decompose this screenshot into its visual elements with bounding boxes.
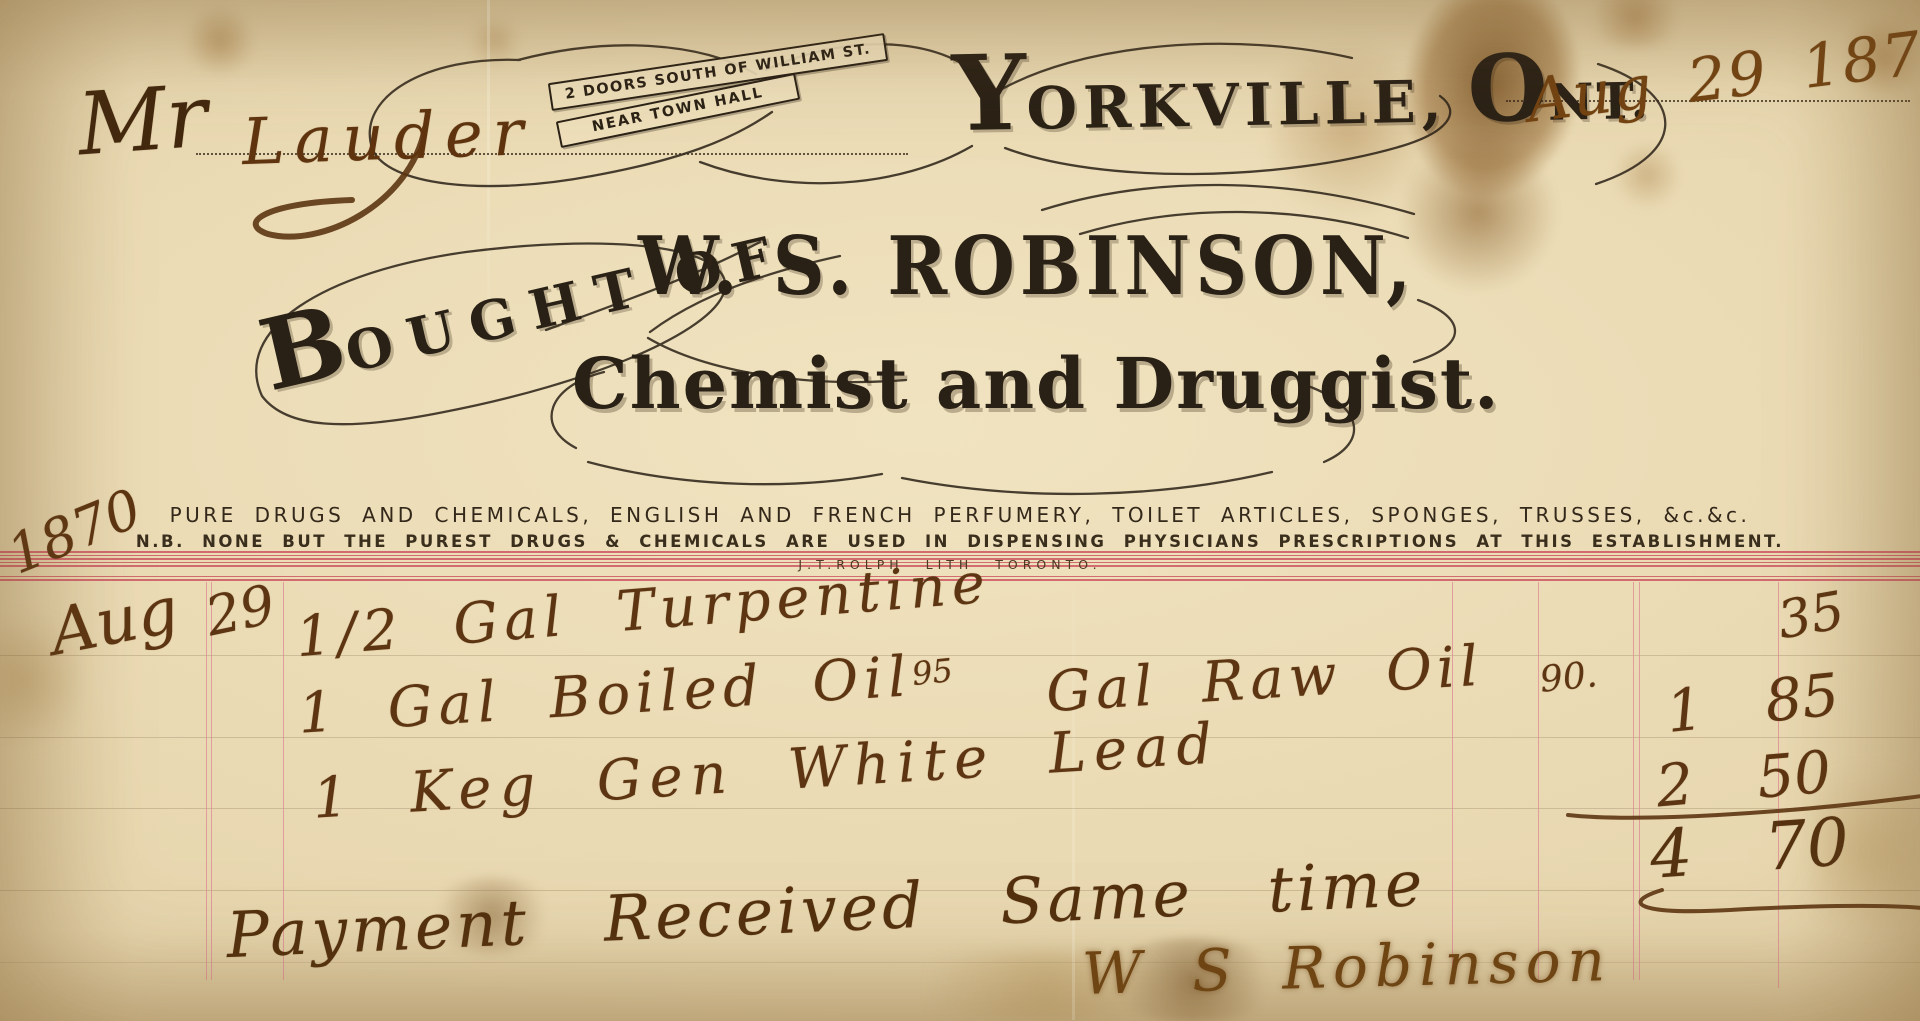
line-item-amount: 2 50 xyxy=(1654,742,1834,815)
proprietor-name: W. S. ROBINSON, xyxy=(638,218,1416,313)
ledger-rule-vertical xyxy=(1639,582,1640,980)
paper-stain xyxy=(1398,130,1558,295)
paper-stain xyxy=(465,18,525,64)
tagline: PURE DRUGS AND CHEMICALS, ENGLISH AND FR… xyxy=(90,503,1830,527)
paper-crease xyxy=(1072,560,1075,1020)
customer-salutation: Mr xyxy=(75,74,210,169)
entry-day: 29 xyxy=(201,577,279,644)
business-title: Chemist and Druggist. xyxy=(572,342,1501,425)
paper-ruling-line xyxy=(0,808,1920,809)
ledger-rule-vertical xyxy=(206,582,207,980)
line-item-unit-price: 90. xyxy=(1538,657,1599,699)
ledger-rule-vertical xyxy=(1538,582,1539,980)
city-name: ORKVILLE, xyxy=(1026,72,1448,137)
line-item-amount: 35 xyxy=(1774,585,1848,648)
receipt-document: 2 DOORS SOUTH OF WILLIAM ST. NEAR TOWN H… xyxy=(0,0,1920,1021)
bought-of-initial: B xyxy=(252,292,355,406)
line-item-description: Gal Raw Oil xyxy=(1045,639,1485,722)
customer-name: Lauder xyxy=(241,101,534,175)
paper-stain xyxy=(1612,140,1682,210)
entry-month: Aug xyxy=(45,578,183,665)
invoice-total: 4 70 xyxy=(1648,809,1851,889)
line-item-unit-price: 95 xyxy=(910,654,954,690)
line-item-description: 1 Gal Boiled Oil xyxy=(297,649,914,742)
signature: W S Robinson xyxy=(1081,931,1612,1003)
paper-ruling-line xyxy=(0,655,1920,656)
handwritten-year: 1870 xyxy=(1,481,149,583)
paper-stain xyxy=(180,8,260,74)
city-initial: Y xyxy=(951,41,1027,146)
ledger-rule-vertical xyxy=(1633,582,1634,980)
line-item-amount: 1 85 xyxy=(1663,665,1841,741)
nb-notice: N.B. NONE BUT THE PUREST DRUGS & CHEMICA… xyxy=(120,532,1800,551)
